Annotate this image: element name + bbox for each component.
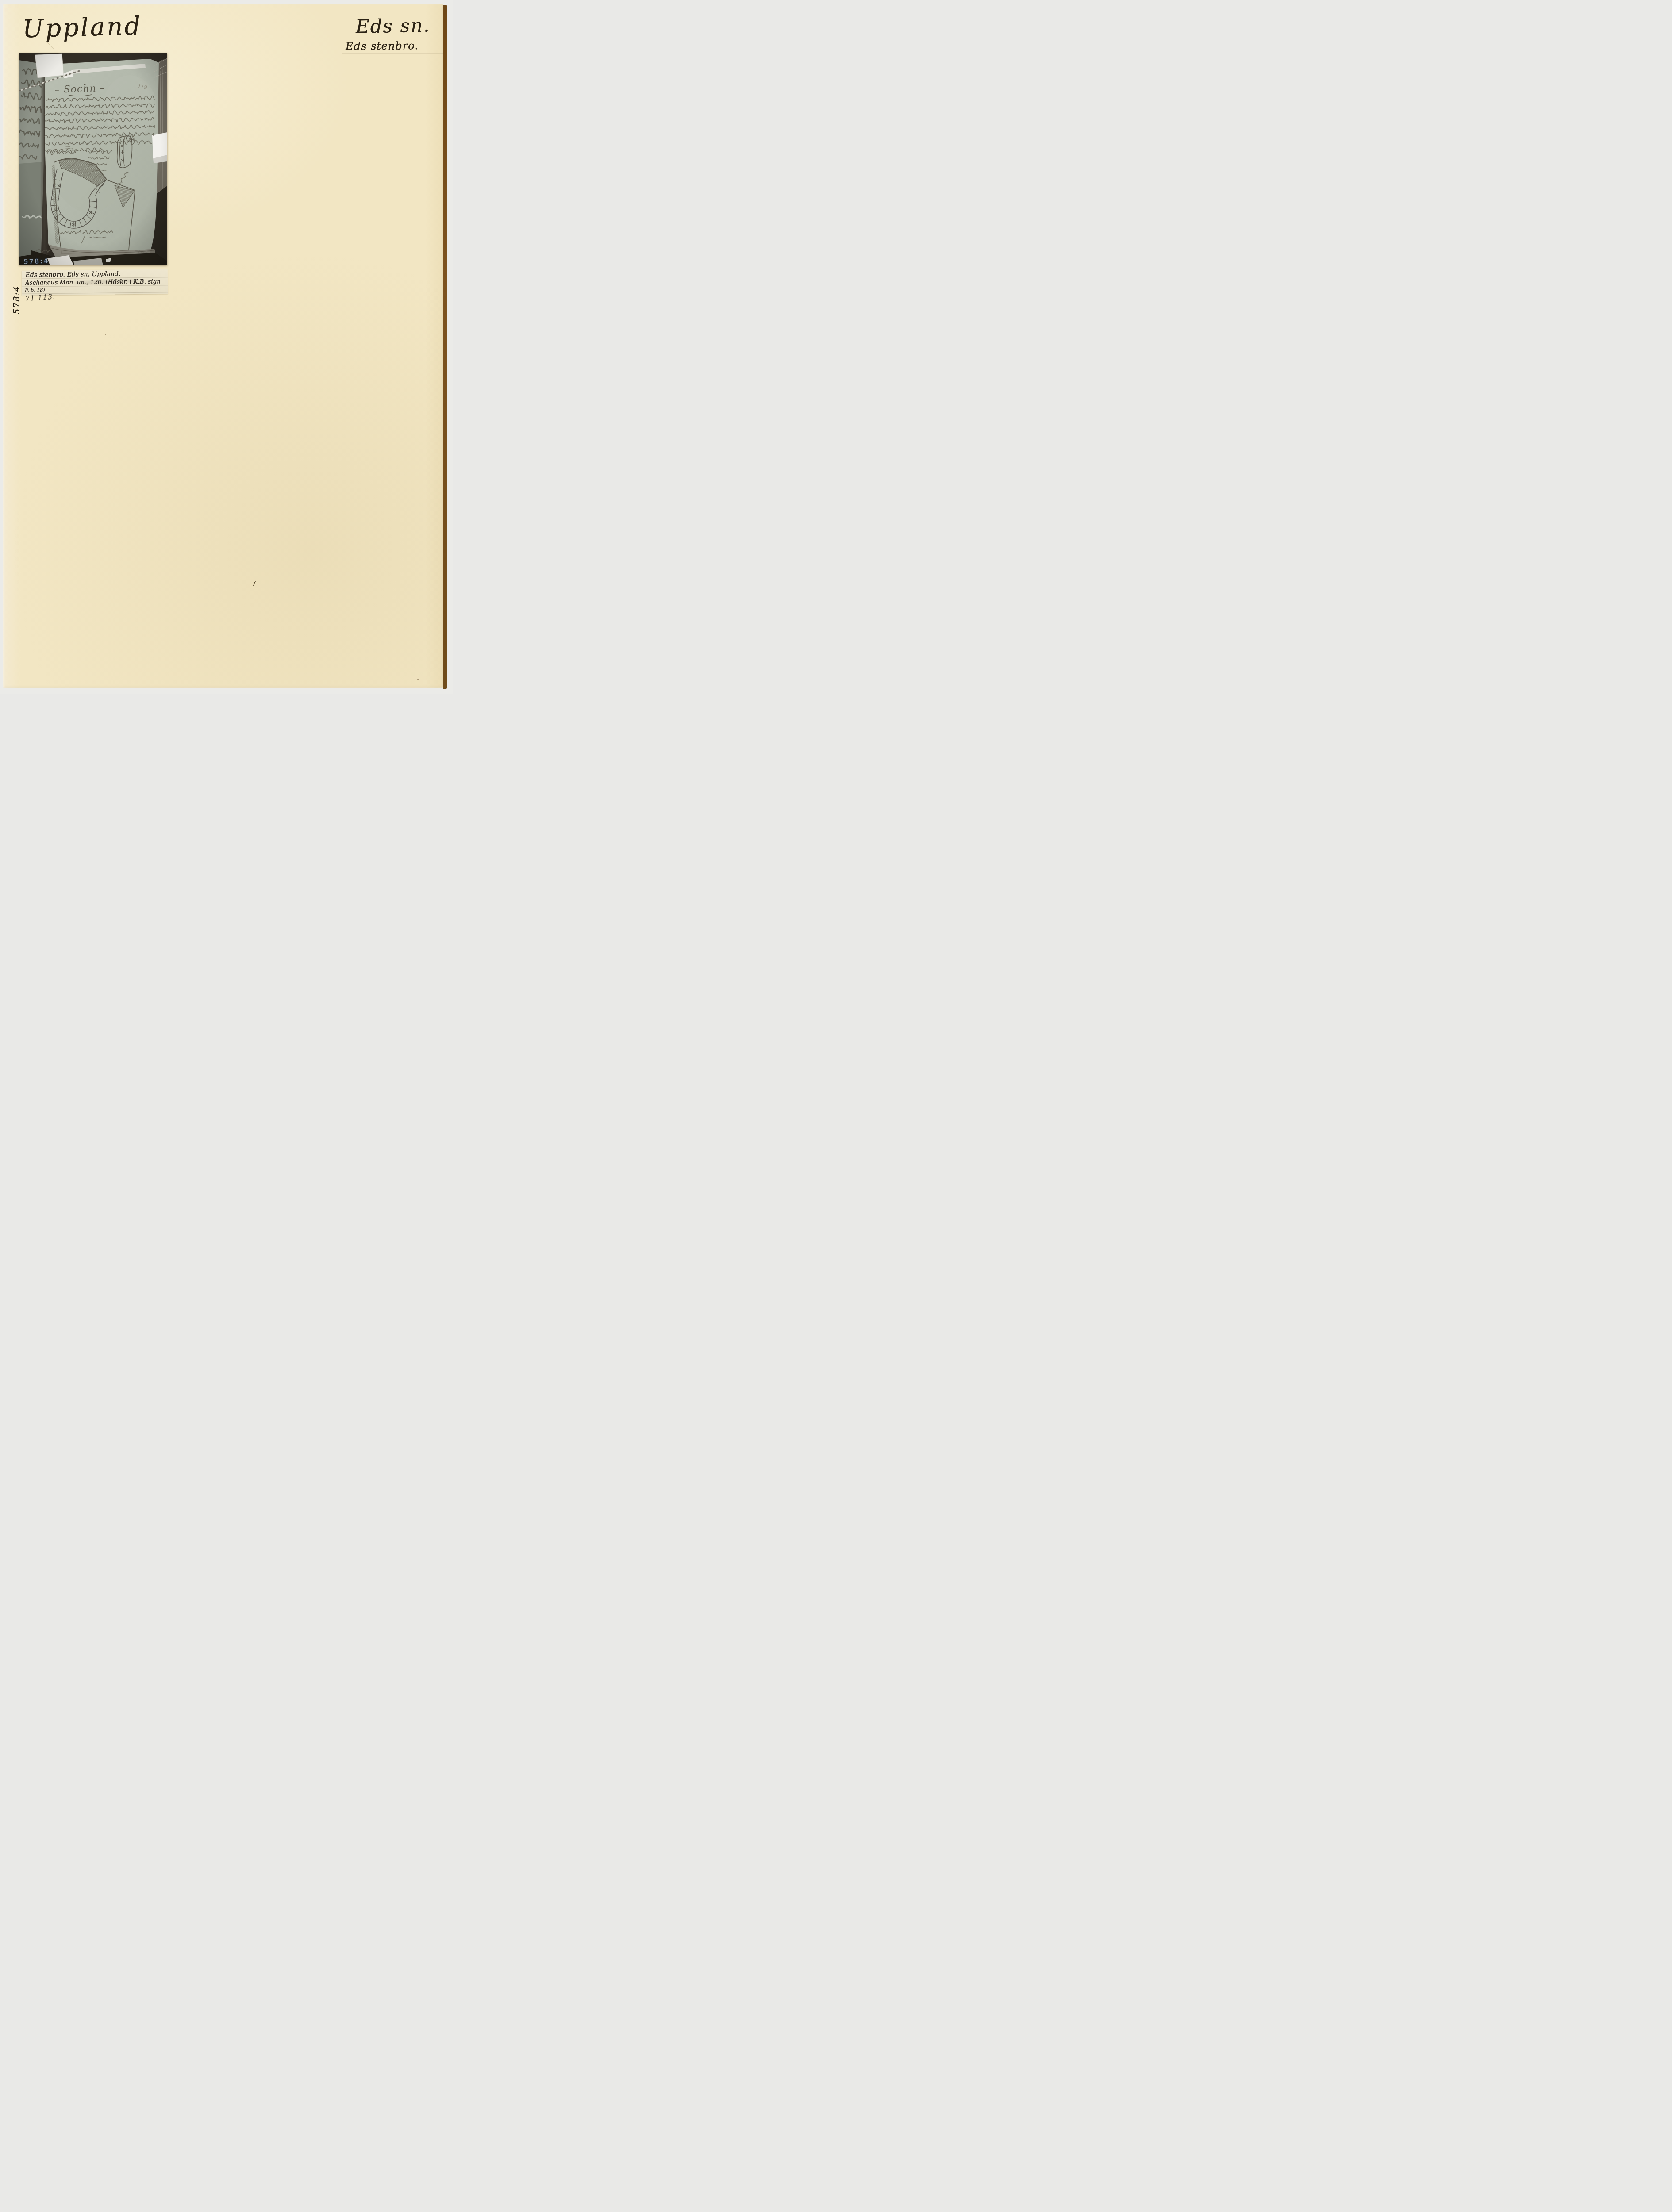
caption-line-1: Eds stenbro. Eds sn. Uppland. bbox=[26, 270, 121, 278]
card-brown-edge bbox=[443, 5, 447, 689]
archive-card: Uppland Eds sn. Eds stenbro. bbox=[3, 4, 443, 688]
photo-vignette bbox=[19, 53, 167, 265]
vertical-inventory-number: 578:4 bbox=[12, 265, 22, 314]
pasted-photograph: – Sochn – 119 bbox=[19, 53, 167, 265]
paper-crease bbox=[342, 33, 446, 33]
monument-label: Eds stenbro. bbox=[346, 39, 419, 52]
parish-label: Eds sn. bbox=[356, 15, 430, 38]
photograph-image: – Sochn – 119 bbox=[19, 53, 167, 265]
caption-line-3: F. b. 18) bbox=[25, 287, 45, 293]
pencil-scratch bbox=[46, 42, 54, 50]
caption-line-2: Aschaneus Mon. un., 120. (Hdskr. i K.B. … bbox=[25, 278, 161, 286]
caption-strip: Eds stenbro. Eds sn. Uppland. Aschaneus … bbox=[22, 269, 168, 295]
pencil-number: 71 113. bbox=[25, 292, 55, 303]
paper-crease bbox=[342, 53, 446, 54]
province-label: Uppland bbox=[22, 12, 142, 43]
ink-fleck bbox=[253, 580, 258, 587]
scanned-archive-card: Uppland Eds sn. Eds stenbro. bbox=[0, 0, 453, 694]
dust-speck bbox=[105, 334, 106, 335]
dust-speck bbox=[417, 679, 419, 680]
